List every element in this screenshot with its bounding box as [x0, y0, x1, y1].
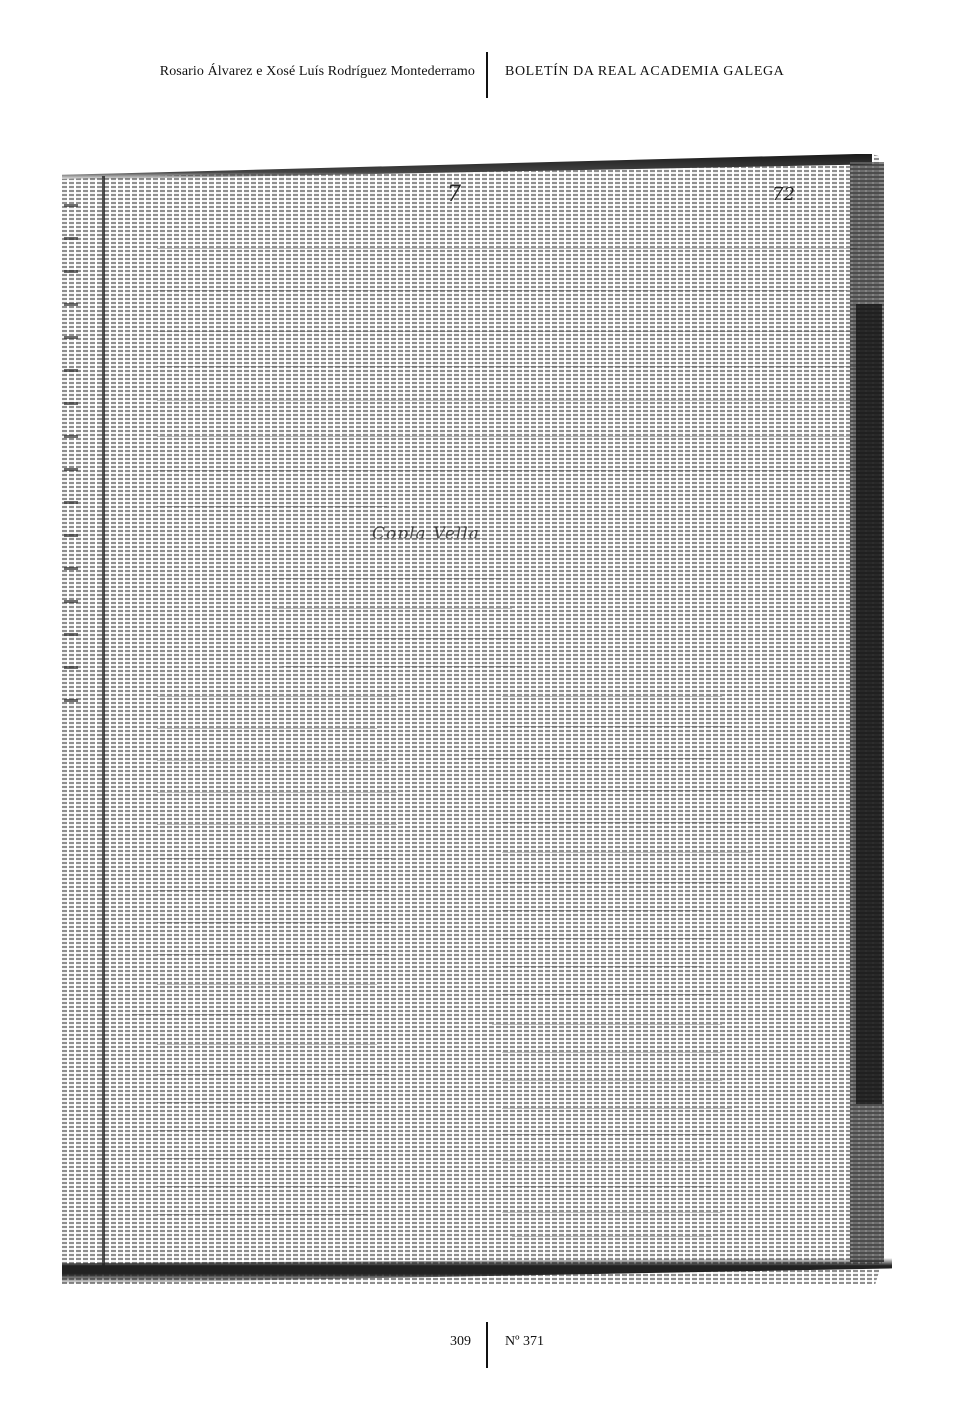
manuscript-right-column-line	[502, 952, 702, 967]
folio-mark: 7	[447, 182, 461, 207]
manuscript-right-column-line	[502, 896, 702, 911]
footer-divider	[486, 1322, 488, 1368]
manuscript-verse-line	[272, 564, 502, 579]
manuscript-left-column-line	[132, 1000, 372, 1015]
manuscript-left-column-line	[157, 1172, 357, 1187]
folio-number: 72	[772, 184, 795, 205]
running-head-divider	[486, 52, 488, 98]
manuscript-left-column-line	[157, 908, 392, 923]
manuscript-heading: Copla Vella	[372, 524, 482, 539]
manuscript-prose-line	[157, 352, 857, 367]
manuscript-binding-shadow	[856, 304, 882, 1104]
manuscript-verse-line	[272, 594, 512, 609]
manuscript-left-column-line	[157, 1200, 367, 1215]
manuscript-right-column-line	[502, 838, 752, 853]
manuscript-left-column-line	[157, 1144, 372, 1159]
manuscript-figure: 7 72 Copla Vella	[62, 154, 892, 1284]
manuscript-right-column-line	[512, 1222, 712, 1237]
manuscript-left-column-line	[157, 1116, 367, 1131]
manuscript-left-column-line	[157, 810, 397, 825]
manuscript-right-column-line	[502, 776, 772, 791]
manuscript-prose-line	[157, 276, 847, 291]
manuscript-right-column-line	[502, 1066, 722, 1081]
running-head: Rosario Álvarez e Xosé Luís Rodríguez Mo…	[0, 52, 975, 98]
manuscript-right-column-line	[502, 1120, 712, 1135]
manuscript-right-column-line	[502, 682, 722, 697]
manuscript-prose-line	[157, 317, 857, 332]
manuscript-right-column-line	[502, 868, 732, 883]
issue-number: Nº 371	[505, 1334, 544, 1350]
manuscript-right-column-line	[502, 808, 762, 823]
manuscript-margin-rule	[102, 176, 105, 1266]
manuscript-left-column-line	[157, 940, 387, 955]
manuscript-left-column-line	[157, 778, 397, 793]
manuscript-left-column-line	[157, 844, 392, 859]
manuscript-left-column-line	[157, 682, 397, 697]
manuscript-verse-line	[272, 624, 522, 639]
manuscript-right-column-line	[502, 1094, 732, 1109]
manuscript-right-column-line	[502, 1146, 702, 1161]
manuscript-right-column-line	[502, 1198, 722, 1213]
page-number: 309	[450, 1334, 471, 1350]
manuscript-prose-line	[157, 234, 857, 249]
manuscript-margin-marks	[64, 204, 86, 1204]
manuscript-left-column-line	[157, 1088, 377, 1103]
running-head-journal: BOLETÍN DA REAL ACADEMIA GALEGA	[505, 64, 784, 80]
manuscript-left-column-line	[157, 970, 377, 985]
manuscript-right-column-line	[502, 1172, 712, 1187]
manuscript-right-column-line	[502, 924, 712, 939]
manuscript-left-column-line	[157, 1060, 387, 1075]
manuscript-left-column-line	[157, 1030, 377, 1045]
manuscript-right-column-line	[502, 980, 712, 995]
manuscript-right-column-line	[502, 1038, 722, 1053]
manuscript-left-column-line	[157, 876, 387, 891]
running-head-authors: Rosario Álvarez e Xosé Luís Rodríguez Mo…	[160, 64, 475, 80]
page-footer: 309 Nº 371	[0, 1322, 975, 1368]
manuscript-right-column-line	[492, 1010, 722, 1025]
manuscript-verse-line	[282, 652, 522, 667]
manuscript-right-column-line	[462, 744, 712, 759]
manuscript-prose-line	[157, 456, 857, 471]
manuscript-left-column-line	[157, 746, 387, 761]
manuscript-prose-line	[157, 492, 387, 507]
manuscript-right-column-line	[502, 712, 732, 727]
manuscript-left-column-line	[157, 714, 377, 729]
manuscript-prose-line	[157, 386, 852, 401]
manuscript-prose-line	[157, 422, 857, 437]
